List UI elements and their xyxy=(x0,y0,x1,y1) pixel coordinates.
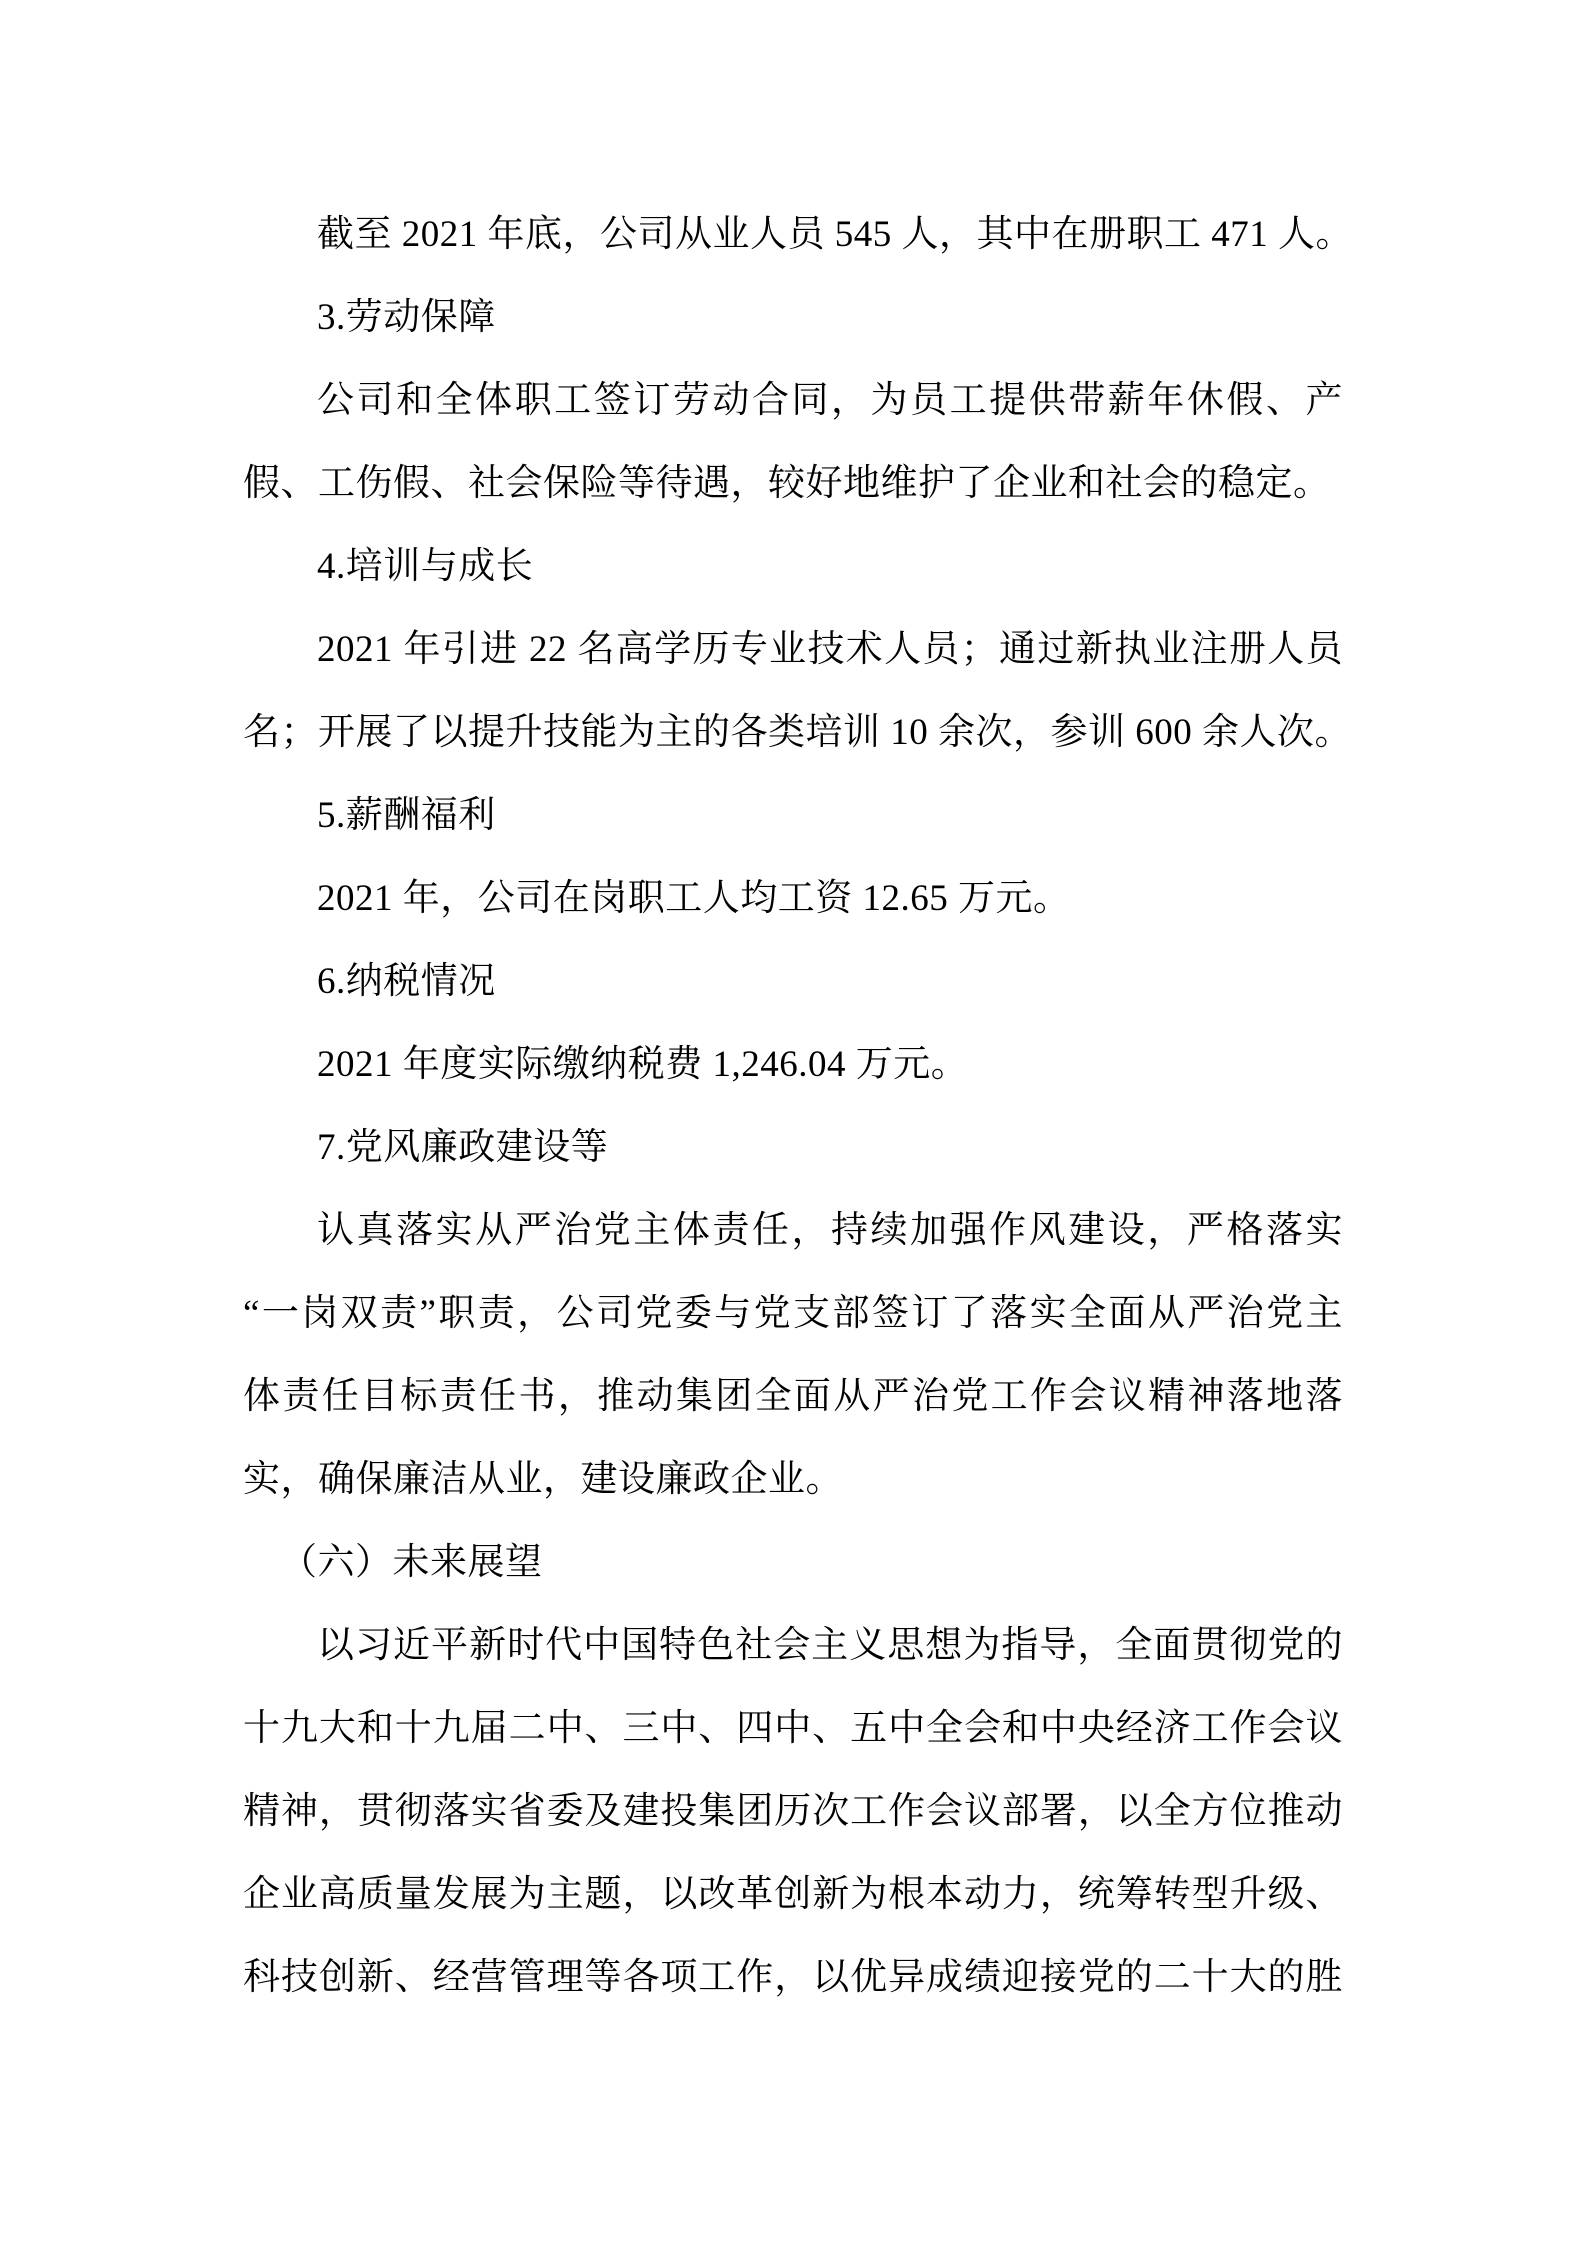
document-line: 7.党风廉政建设等 xyxy=(243,1106,1343,1189)
document-line: 实，确保廉洁从业，建设廉政企业。 xyxy=(243,1438,1343,1521)
document-line: 企业高质量发展为主题，以改革创新为根本动力，统筹转型升级、 xyxy=(243,1853,1343,1936)
document-line: 以习近平新时代中国特色社会主义思想为指导，全面贯彻党的 xyxy=(243,1604,1343,1687)
document-line: 十九大和十九届二中、三中、四中、五中全会和中央经济工作会议 xyxy=(243,1687,1343,1770)
document-line: 假、工伤假、社会保险等待遇，较好地维护了企业和社会的稳定。 xyxy=(243,442,1343,525)
document-line: 2021 年，公司在岗职工人均工资 12.65 万元。 xyxy=(243,857,1343,940)
document-line: 5.薪酬福利 xyxy=(243,774,1343,857)
document-content: 截至 2021 年底，公司从业人员 545 人，其中在册职工 471 人。3.劳… xyxy=(243,193,1343,2019)
document-line: “一岗双责”职责，公司党委与党支部签订了落实全面从严治党主 xyxy=(243,1272,1343,1355)
document-page: 截至 2021 年底，公司从业人员 545 人，其中在册职工 471 人。3.劳… xyxy=(0,0,1587,2245)
document-line: 科技创新、经营管理等各项工作，以优异成绩迎接党的二十大的胜 xyxy=(243,1936,1343,2019)
document-line: 精神，贯彻落实省委及建投集团历次工作会议部署，以全方位推动 xyxy=(243,1770,1343,1853)
document-line: 3.劳动保障 xyxy=(243,276,1343,359)
document-line: 6.纳税情况 xyxy=(243,940,1343,1023)
document-line: 截至 2021 年底，公司从业人员 545 人，其中在册职工 471 人。 xyxy=(243,193,1343,276)
document-line: 2021 年度实际缴纳税费 1,246.04 万元。 xyxy=(243,1023,1343,1106)
document-line: 名；开展了以提升技能为主的各类培训 10 余次，参训 600 余人次。 xyxy=(243,691,1343,774)
document-line: 2021 年引进 22 名高学历专业技术人员；通过新执业注册人员 6 xyxy=(243,608,1343,691)
document-line: 认真落实从严治党主体责任，持续加强作风建设，严格落实 xyxy=(243,1189,1343,1272)
document-line: 体责任目标责任书，推动集团全面从严治党工作会议精神落地落 xyxy=(243,1355,1343,1438)
document-line: 公司和全体职工签订劳动合同，为员工提供带薪年休假、产 xyxy=(243,359,1343,442)
document-line: 4.培训与成长 xyxy=(243,525,1343,608)
document-line: （六）未来展望 xyxy=(243,1521,1343,1604)
